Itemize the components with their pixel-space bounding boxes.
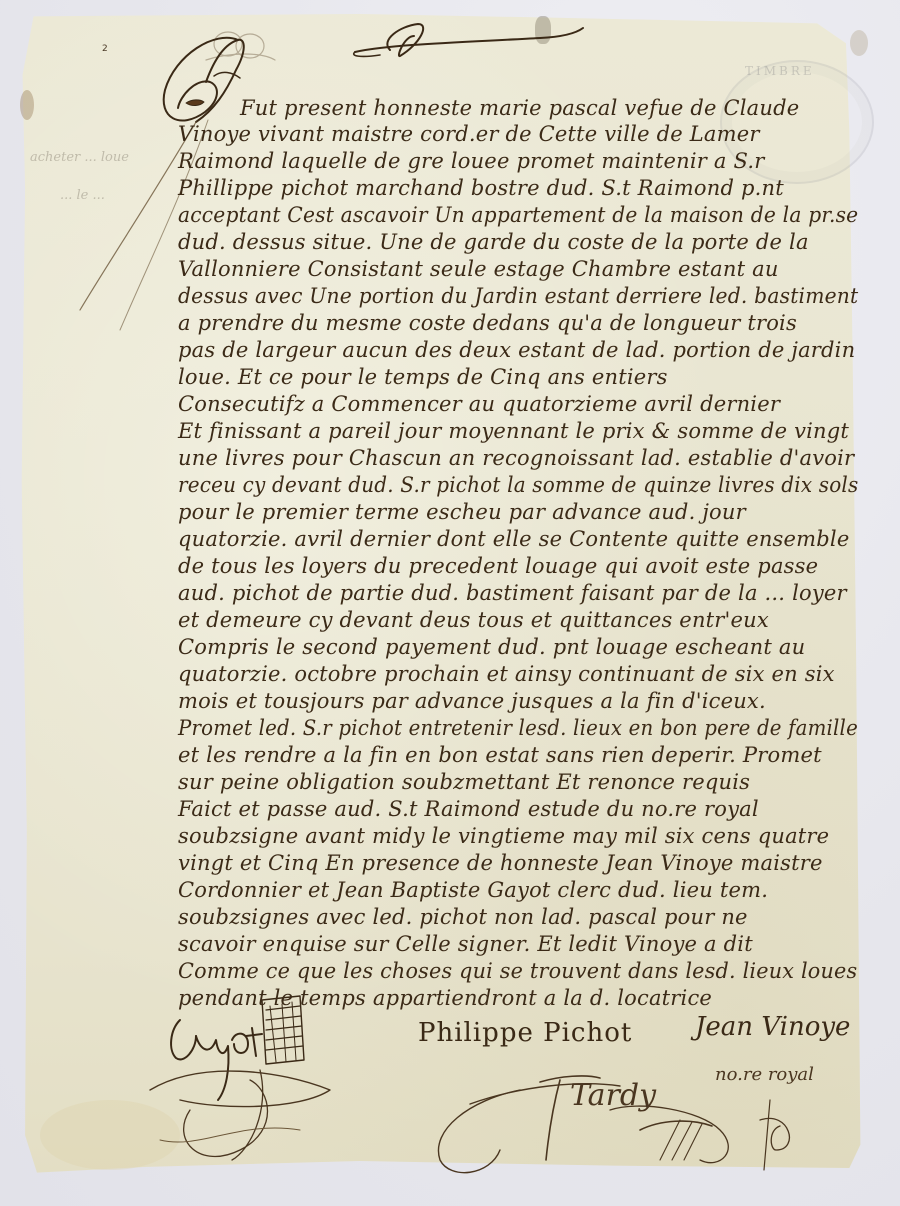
text-line: Phillippe pichot marchand bostre dud. S.… [178,176,784,200]
text-line: Comme ce que les choses qui se trouvent … [178,959,857,983]
text-line: scavoir enquise sur Celle signer. Et led… [178,932,753,956]
text-line: Consecutifz a Commencer au quatorzieme a… [178,392,780,416]
text-line: soubzsigne avant midy le vingtieme may m… [178,824,829,848]
text-line: Cordonnier et Jean Baptiste Gayot clerc … [178,878,768,902]
text-line: pour le premier terme escheu par advance… [178,500,746,524]
text-line: Promet led. S.r pichot entretenir lesd. … [178,716,858,740]
text-line: vingt et Cinq En presence de honneste Je… [178,851,823,875]
signature-pichot: Philippe Pichot [418,1018,632,1048]
text-line: et les rendre a la fin en bon estat sans… [178,743,822,767]
text-line: quatorzie. octobre prochain et ainsy con… [178,662,835,686]
margin-note: ... le ... [60,188,105,203]
text-line: mois et tousjours par advance jusques a … [178,689,766,713]
text-line: acceptant Cest ascavoir Un appartement d… [178,203,858,227]
text-line: Compris le second payement dud. pnt loua… [178,635,805,659]
text-line: Fut present honneste marie pascal vefue … [240,96,799,120]
text-line: et demeure cy devant deus tous et quitta… [178,608,769,632]
margin-note: acheter ... loue [30,150,129,165]
text-line: Vinoye vivant maistre cord.er de Cette v… [178,122,760,146]
text-line: loue. Et ce pour le temps de Cinq ans en… [178,365,668,389]
text-line: Et finissant a pareil jour moyennant le … [178,419,849,443]
corner-number: 2 [102,44,108,54]
text-line: pas de largeur aucun des deux estant de … [178,338,855,362]
signature-vinoye: Jean Vinoye [695,1012,850,1042]
text-line: Raimond laquelle de gre louee promet mai… [178,149,764,173]
text-line: receu cy devant dud. S.r pichot la somme… [178,473,858,497]
text-line: Faict et passe aud. S.t Raimond estude d… [178,797,759,821]
stamp-text: TIMBRE [745,64,815,78]
text-line: dessus avec Une portion du Jardin estant… [178,284,858,308]
text-line: dud. dessus situe. Une de garde du coste… [178,230,809,254]
text-line: a prendre du mesme coste dedans qu'a de … [178,311,797,335]
text-line: aud. pichot de partie dud. bastiment fai… [178,581,847,605]
text-line: Vallonniere Consistant seule estage Cham… [178,257,779,281]
text-line: pendant le temps appartiendront a la d. … [178,986,712,1010]
text-line: soubzsignes avec led. pichot non lad. pa… [178,905,748,929]
text-line: une livres pour Chascun an recognoissant… [178,446,854,470]
signature-notary-name: Tardy [570,1078,656,1113]
text-line: de tous les loyers du precedent louage q… [178,554,818,578]
text-line: sur peine obligation soubzmettant Et ren… [178,770,750,794]
signature-notary-title: no.re royal [715,1064,814,1085]
text-line: quatorzie. avril dernier dont elle se Co… [178,527,849,551]
